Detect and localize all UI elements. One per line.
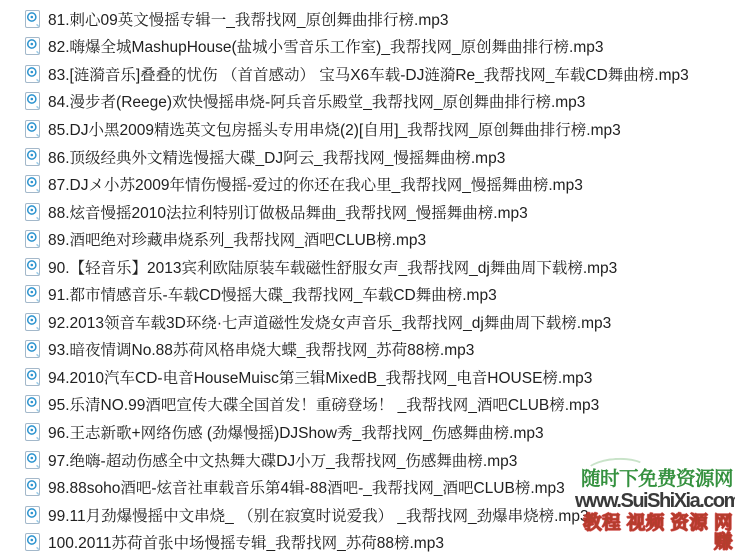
watermark-keywords: 教程 视频 资源 网赚	[575, 514, 735, 553]
audio-file-icon	[25, 37, 40, 55]
list-item[interactable]: 83.[涟漪音乐]叠叠的忧伤 （首首感动） 宝马X6车载-DJ涟漪Re_我帮找网…	[0, 60, 735, 88]
file-name-label: 82.嗨爆全城MashupHouse(盐城小雪音乐工作室)_我帮找网_原创舞曲排…	[48, 35, 604, 57]
file-name-label: 87.DJメ小苏2009年情伤慢摇-爱过的你还在我心里_我帮找网_慢摇舞曲榜.m…	[48, 173, 583, 195]
list-item[interactable]: 90.【轻音乐】2013宾利欧陆原装车载磁性舒服女声_我帮找网_dj舞曲周下载榜…	[0, 253, 735, 281]
file-name-label: 89.酒吧绝对珍藏串烧系列_我帮找网_酒吧CLUB榜.mp3	[48, 228, 426, 250]
list-item[interactable]: 95.乐清NO.99酒吧宣传大碟全国首发！重磅登场！ _我帮找网_酒吧CLUB榜…	[0, 391, 735, 419]
audio-file-icon	[25, 148, 40, 166]
list-item[interactable]: 91.都市情感音乐-车载CD慢摇大碟_我帮找网_车载CD舞曲榜.mp3	[0, 280, 735, 308]
file-name-label: 98.88soho酒吧-炫音社車载音乐第4辑-88酒吧-_我帮找网_酒吧CLUB…	[48, 476, 565, 498]
file-name-label: 93.暗夜情调No.88苏荷风格串烧大蝶_我帮找网_苏荷88榜.mp3	[48, 338, 474, 360]
audio-file-icon	[25, 203, 40, 221]
file-name-label: 95.乐清NO.99酒吧宣传大碟全国首发！重磅登场！ _我帮找网_酒吧CLUB榜…	[48, 393, 599, 415]
list-item[interactable]: 93.暗夜情调No.88苏荷风格串烧大蝶_我帮找网_苏荷88榜.mp3	[0, 336, 735, 364]
audio-file-icon	[25, 92, 40, 110]
audio-file-icon	[25, 451, 40, 469]
file-name-label: 96.王志新歌+网络伤感 (劲爆慢摇)DJShow秀_我帮找网_伤感舞曲榜.mp…	[48, 421, 544, 443]
file-name-label: 86.顶级经典外文精选慢摇大碟_DJ阿云_我帮找网_慢摇舞曲榜.mp3	[48, 146, 505, 168]
watermark: 随时下免费资源网 www.SuiShiXia.com 教程 视频 资源 网赚	[575, 470, 735, 553]
file-name-label: 91.都市情感音乐-车载CD慢摇大碟_我帮找网_车载CD舞曲榜.mp3	[48, 283, 497, 305]
audio-file-icon	[25, 65, 40, 83]
audio-file-icon	[25, 175, 40, 193]
file-list-window: 81.刺心09英文慢摇专辑一_我帮找网_原创舞曲排行榜.mp382.嗨爆全城Ma…	[0, 0, 735, 553]
list-item[interactable]: 89.酒吧绝对珍藏串烧系列_我帮找网_酒吧CLUB榜.mp3	[0, 225, 735, 253]
audio-file-icon	[25, 368, 40, 386]
list-item[interactable]: 88.炫音慢摇2010法拉利特别订做极品舞曲_我帮找网_慢摇舞曲榜.mp3	[0, 198, 735, 226]
audio-file-icon	[25, 10, 40, 28]
audio-file-icon	[25, 506, 40, 524]
audio-file-icon	[25, 258, 40, 276]
file-name-label: 92.2013领音车载3D环绕·七声道磁性发烧女声音乐_我帮找网_dj舞曲周下载…	[48, 311, 611, 333]
list-item[interactable]: 87.DJメ小苏2009年情伤慢摇-爱过的你还在我心里_我帮找网_慢摇舞曲榜.m…	[0, 170, 735, 198]
audio-file-icon	[25, 285, 40, 303]
file-name-label: 100.2011苏荷首张中场慢摇专辑_我帮找网_苏荷88榜.mp3	[48, 531, 444, 553]
file-name-label: 84.漫步者(Reege)欢快慢摇串烧-阿兵音乐殿堂_我帮找网_原创舞曲排行榜.…	[48, 90, 585, 112]
list-item[interactable]: 82.嗨爆全城MashupHouse(盐城小雪音乐工作室)_我帮找网_原创舞曲排…	[0, 33, 735, 61]
file-name-label: 94.2010汽车CD-电音HouseMuisc第三辑MixedB_我帮找网_电…	[48, 366, 592, 388]
list-item[interactable]: 92.2013领音车载3D环绕·七声道磁性发烧女声音乐_我帮找网_dj舞曲周下载…	[0, 308, 735, 336]
audio-file-icon	[25, 395, 40, 413]
audio-file-icon	[25, 230, 40, 248]
audio-file-icon	[25, 423, 40, 441]
list-item[interactable]: 84.漫步者(Reege)欢快慢摇串烧-阿兵音乐殿堂_我帮找网_原创舞曲排行榜.…	[0, 88, 735, 116]
file-name-label: 85.DJ小黑2009精选英文包房摇头专用串烧(2)[自用]_我帮找网_原创舞曲…	[48, 118, 621, 140]
audio-file-icon	[25, 340, 40, 358]
file-name-label: 97.绝嗨-超动伤感全中文热舞大碟DJ小万_我帮找网_伤感舞曲榜.mp3	[48, 449, 517, 471]
watermark-site-url: www.SuiShiXia.com	[575, 491, 735, 511]
list-item[interactable]: 81.刺心09英文慢摇专辑一_我帮找网_原创舞曲排行榜.mp3	[0, 5, 735, 33]
audio-file-icon	[25, 120, 40, 138]
file-name-label: 99.11月劲爆慢摇中文串烧_ （别在寂寞时说爱我） _我帮找网_劲爆串烧榜.m…	[48, 504, 589, 526]
audio-file-icon	[25, 478, 40, 496]
file-name-label: 81.刺心09英文慢摇专辑一_我帮找网_原创舞曲排行榜.mp3	[48, 8, 449, 30]
list-item[interactable]: 86.顶级经典外文精选慢摇大碟_DJ阿云_我帮找网_慢摇舞曲榜.mp3	[0, 143, 735, 171]
list-item[interactable]: 94.2010汽车CD-电音HouseMuisc第三辑MixedB_我帮找网_电…	[0, 363, 735, 391]
file-name-label: 90.【轻音乐】2013宾利欧陆原装车载磁性舒服女声_我帮找网_dj舞曲周下载榜…	[48, 256, 617, 278]
audio-file-icon	[25, 533, 40, 551]
list-item[interactable]: 85.DJ小黑2009精选英文包房摇头专用串烧(2)[自用]_我帮找网_原创舞曲…	[0, 115, 735, 143]
file-name-label: 88.炫音慢摇2010法拉利特别订做极品舞曲_我帮找网_慢摇舞曲榜.mp3	[48, 201, 528, 223]
list-item[interactable]: 96.王志新歌+网络伤感 (劲爆慢摇)DJShow秀_我帮找网_伤感舞曲榜.mp…	[0, 418, 735, 446]
audio-file-icon	[25, 313, 40, 331]
file-name-label: 83.[涟漪音乐]叠叠的忧伤 （首首感动） 宝马X6车载-DJ涟漪Re_我帮找网…	[48, 63, 689, 85]
